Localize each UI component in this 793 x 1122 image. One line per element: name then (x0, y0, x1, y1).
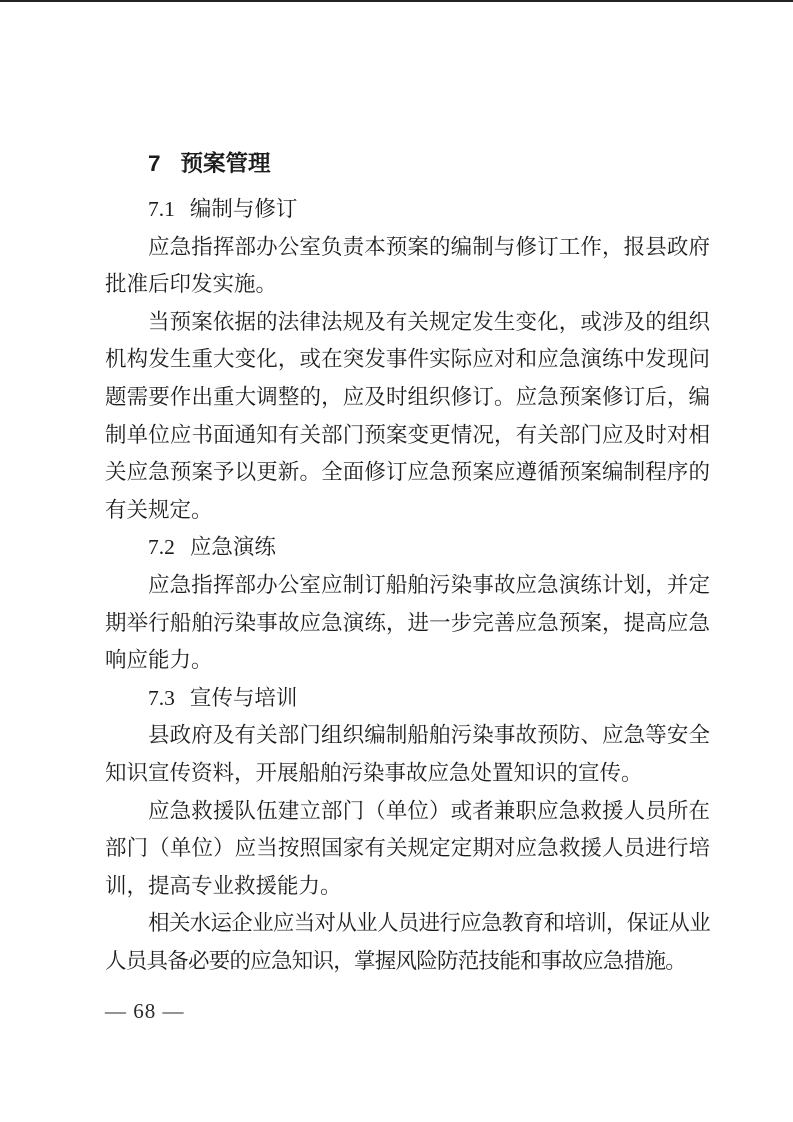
section-7-2: 7.2应急演练 应急指挥部办公室应制订船舶污染事故应急演练计划，并定期举行船舶污… (105, 529, 710, 679)
document-page: 7预案管理 7.1编制与修订 应急指挥部办公室负责本预案的编制与修订工作，报县政… (0, 0, 793, 1122)
chapter-number: 7 (148, 151, 161, 176)
paragraph: 应急指挥部办公室负责本预案的编制与修订工作，报县政府批准后印发实施。 (105, 229, 710, 304)
section-7-3-number: 7.3 (148, 686, 175, 710)
section-7-1-number: 7.1 (148, 197, 175, 221)
section-7-2-number: 7.2 (148, 535, 175, 559)
chapter-title: 预案管理 (181, 151, 271, 176)
paragraph: 县政府及有关部门组织编制船舶污染事故预防、应急等安全知识宣传资料，开展船舶污染事… (105, 717, 710, 792)
section-7-1-title: 编制与修订 (190, 197, 298, 221)
paragraph: 当预案依据的法律法规及有关规定发生变化，或涉及的组织机构发生重大变化，或在突发事… (105, 304, 710, 530)
section-7-3-title: 宣传与培训 (190, 686, 298, 710)
page-footer: — 68 — (105, 996, 710, 1026)
section-7-1: 7.1编制与修订 应急指挥部办公室负责本预案的编制与修订工作，报县政府批准后印发… (105, 191, 710, 529)
chapter-heading: 7预案管理 (105, 145, 710, 183)
paragraph: 应急指挥部办公室应制订船舶污染事故应急演练计划，并定期举行船舶污染事故应急演练，… (105, 567, 710, 680)
section-7-3: 7.3宣传与培训 县政府及有关部门组织编制船舶污染事故预防、应急等安全知识宣传资… (105, 680, 710, 981)
section-7-3-heading: 7.3宣传与培训 (105, 680, 710, 718)
section-7-2-title: 应急演练 (190, 535, 276, 559)
page-number: — 68 — (105, 999, 185, 1023)
page-content: 7预案管理 7.1编制与修订 应急指挥部办公室负责本预案的编制与修订工作，报县政… (0, 2, 793, 1026)
paragraph: 应急救援队伍建立部门（单位）或者兼职应急救援人员所在部门（单位）应当按照国家有关… (105, 793, 710, 906)
paragraph: 相关水运企业应当对从业人员进行应急教育和培训，保证从业人员具备必要的应急知识，掌… (105, 905, 710, 980)
section-7-1-heading: 7.1编制与修订 (105, 191, 710, 229)
section-7-2-heading: 7.2应急演练 (105, 529, 710, 567)
